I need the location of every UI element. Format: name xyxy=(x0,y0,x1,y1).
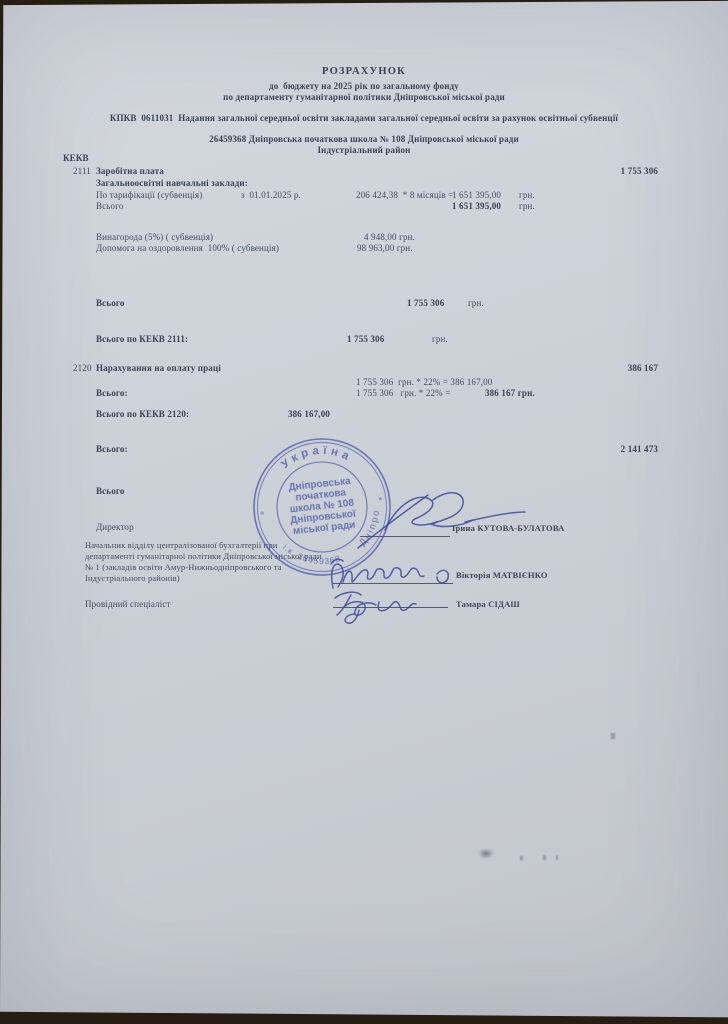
name-2120: Нарахування на оплату праці xyxy=(96,363,221,373)
tarif-total-value: 1 651 395,00 xyxy=(452,201,501,211)
total-2111-value: 1 755 306 xyxy=(407,298,444,308)
total-2120-value: 386 167 грн. xyxy=(485,388,535,398)
amount-2120: 386 167 xyxy=(628,363,658,373)
faint-mark xyxy=(611,733,615,739)
signatures-overlay xyxy=(325,468,555,628)
tarif-total-label: Всього xyxy=(96,201,123,211)
signature-accountant xyxy=(331,559,448,588)
code-2120: 2120 xyxy=(73,363,92,373)
kekv-label: КЕКВ xyxy=(63,153,89,163)
tarif-unit: грн. xyxy=(519,190,535,200)
total-2111-label: Всього xyxy=(96,298,125,308)
tarif-total-unit: грн. xyxy=(519,201,535,211)
accountant-role-line-4: Індустріального районів) xyxy=(85,574,180,584)
calc-2120: 1 755 306 грн. * 22% = 386 167,00 xyxy=(356,377,492,387)
kekv2111-total-unit: грн. xyxy=(432,334,448,344)
subheader-2111: Загальноосвітні навчальні заклади: xyxy=(96,178,248,188)
name-2111: Заробітна плата xyxy=(96,166,164,176)
tarif-calc: 206 424,38 * 8 місяців = xyxy=(356,190,453,200)
tarif-value: 1 651 395,00 xyxy=(452,190,501,200)
photo-of-document: { "header": { "title": "РОЗРАХУНОК", "li… xyxy=(0,0,728,1024)
grand-total-value: 2 141 473 xyxy=(621,444,658,454)
doc-subtitle-2: по департаменту гуманітарної політики Дн… xyxy=(0,92,728,102)
faint-dot-1 xyxy=(520,856,523,860)
district-line: Індустріальний район xyxy=(0,145,728,155)
signature-specialist xyxy=(335,592,416,623)
dopomoga-value: 98 963,00 грн. xyxy=(357,243,413,253)
vsogo-standalone: Всього xyxy=(96,486,125,496)
kekv2111-total-label: Всього по КЕКВ 2111: xyxy=(96,334,188,344)
vynagoroda-label: Винагорода (5%) ( субвенція) xyxy=(96,232,213,242)
total-2111-unit: грн. xyxy=(468,298,484,308)
kekv2111-total-value: 1 755 306 xyxy=(347,334,384,344)
pencil-smudge xyxy=(478,848,494,859)
doc-title: РОЗРАХУНОК xyxy=(0,66,728,78)
accountant-role-line-1: Начальник відділу централізованої бухгал… xyxy=(85,541,277,551)
tarif-label: По тарифікації (субвенція) xyxy=(96,190,202,200)
vynagoroda-value: 4 948,00 грн. xyxy=(364,232,415,242)
amount-2111: 1 755 306 xyxy=(621,166,658,176)
specialist-role: Провідний спеціаліст xyxy=(85,599,171,609)
school-line: 26459368 Дніпровська початкова школа № 1… xyxy=(0,134,728,144)
accountant-role-line-3: № 1 (закладів освіти Амур-Нижньодніпровс… xyxy=(85,563,282,573)
kekv2120-total-value: 386 167,00 xyxy=(288,409,330,419)
kekv2120-total-label: Всього по КЕКВ 2120: xyxy=(96,409,189,419)
code-2111: 2111 xyxy=(73,166,91,176)
faint-dot-3 xyxy=(556,855,558,860)
total-2120-calc: 1 755 306 грн. * 22% = xyxy=(356,388,450,398)
doc-subtitle-1: до бюджету на 2025 рік по загальному фон… xyxy=(0,81,728,91)
document-paper: РОЗРАХУНОК до бюджету на 2025 рік по заг… xyxy=(0,0,728,1024)
total-2120-label: Всього: xyxy=(96,388,128,398)
stamp-star-left: * xyxy=(260,510,265,521)
director-role: Директор xyxy=(96,522,134,532)
dopomoga-label: Допомога на оздоровлення 100% ( субвенці… xyxy=(96,243,279,253)
signature-director xyxy=(358,493,525,548)
faint-dot-2 xyxy=(543,855,546,860)
grand-total-label: Всього: xyxy=(96,444,128,454)
kpkv-line: КПКВ 0611031 Надання загальної середньої… xyxy=(0,113,728,123)
tarif-date: з 01.01.2025 р. xyxy=(241,190,301,200)
